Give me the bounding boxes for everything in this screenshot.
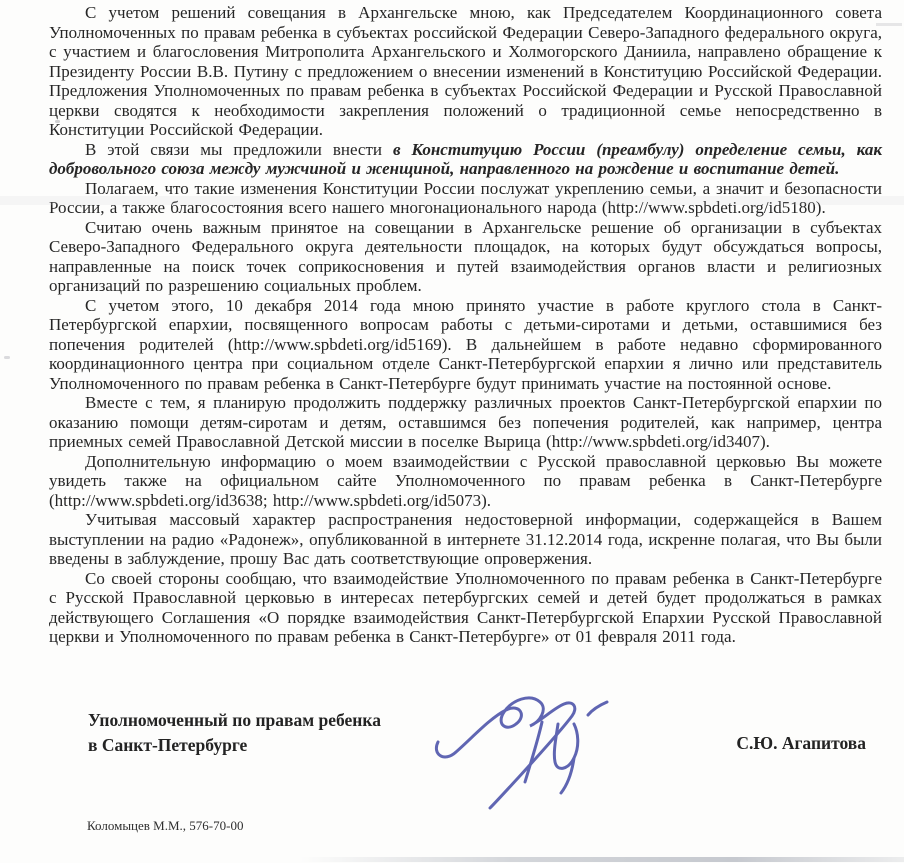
scan-artifact-dot: [4, 356, 10, 359]
scan-artifact-band: [0, 196, 904, 205]
paragraph-arkhangelsk-decision: С учетом решений совещания в Архангельск…: [49, 3, 882, 140]
letter-body: С учетом решений совещания в Архангельск…: [49, 3, 882, 647]
scan-artifact-dot: [55, 120, 60, 123]
handwritten-signature: [430, 680, 645, 815]
executor-footer: Коломыцев М.М., 576-70-00: [87, 818, 243, 834]
paragraph-project-support: Вместе с тем, я планирую продолжить подд…: [49, 393, 882, 452]
paragraph-cooperation-agreement: Со своей стороны сообщаю, что взаимодейс…: [49, 569, 882, 647]
paragraph-constitution-proposal: В этой связи мы предложили внести в Конс…: [49, 140, 882, 179]
paragraph-refutation-request: Учитывая массовый характер распространен…: [49, 510, 882, 569]
signer-name: С.Ю. Агапитова: [736, 733, 866, 754]
signoff-title-line1: Уполномоченный по правам ребенка: [88, 708, 381, 733]
signoff-title: Уполномоченный по правам ребенка в Санкт…: [88, 708, 381, 758]
scan-artifact-streak: [876, 23, 902, 26]
constitution-proposal-lead: В этой связи мы предложили внести: [85, 140, 393, 159]
paragraph-additional-info: Дополнительную информацию о моем взаимод…: [49, 452, 882, 511]
signoff-title-line2: в Санкт-Петербурге: [88, 733, 381, 758]
letter-page: С учетом решений совещания в Архангельск…: [0, 0, 904, 863]
paragraph-discussion-platforms: Считаю очень важным принятое на совещани…: [49, 218, 882, 296]
scan-artifact-bottom-band: [300, 857, 904, 862]
paragraph-round-table: С учетом этого, 10 декабря 2014 года мно…: [49, 296, 882, 394]
